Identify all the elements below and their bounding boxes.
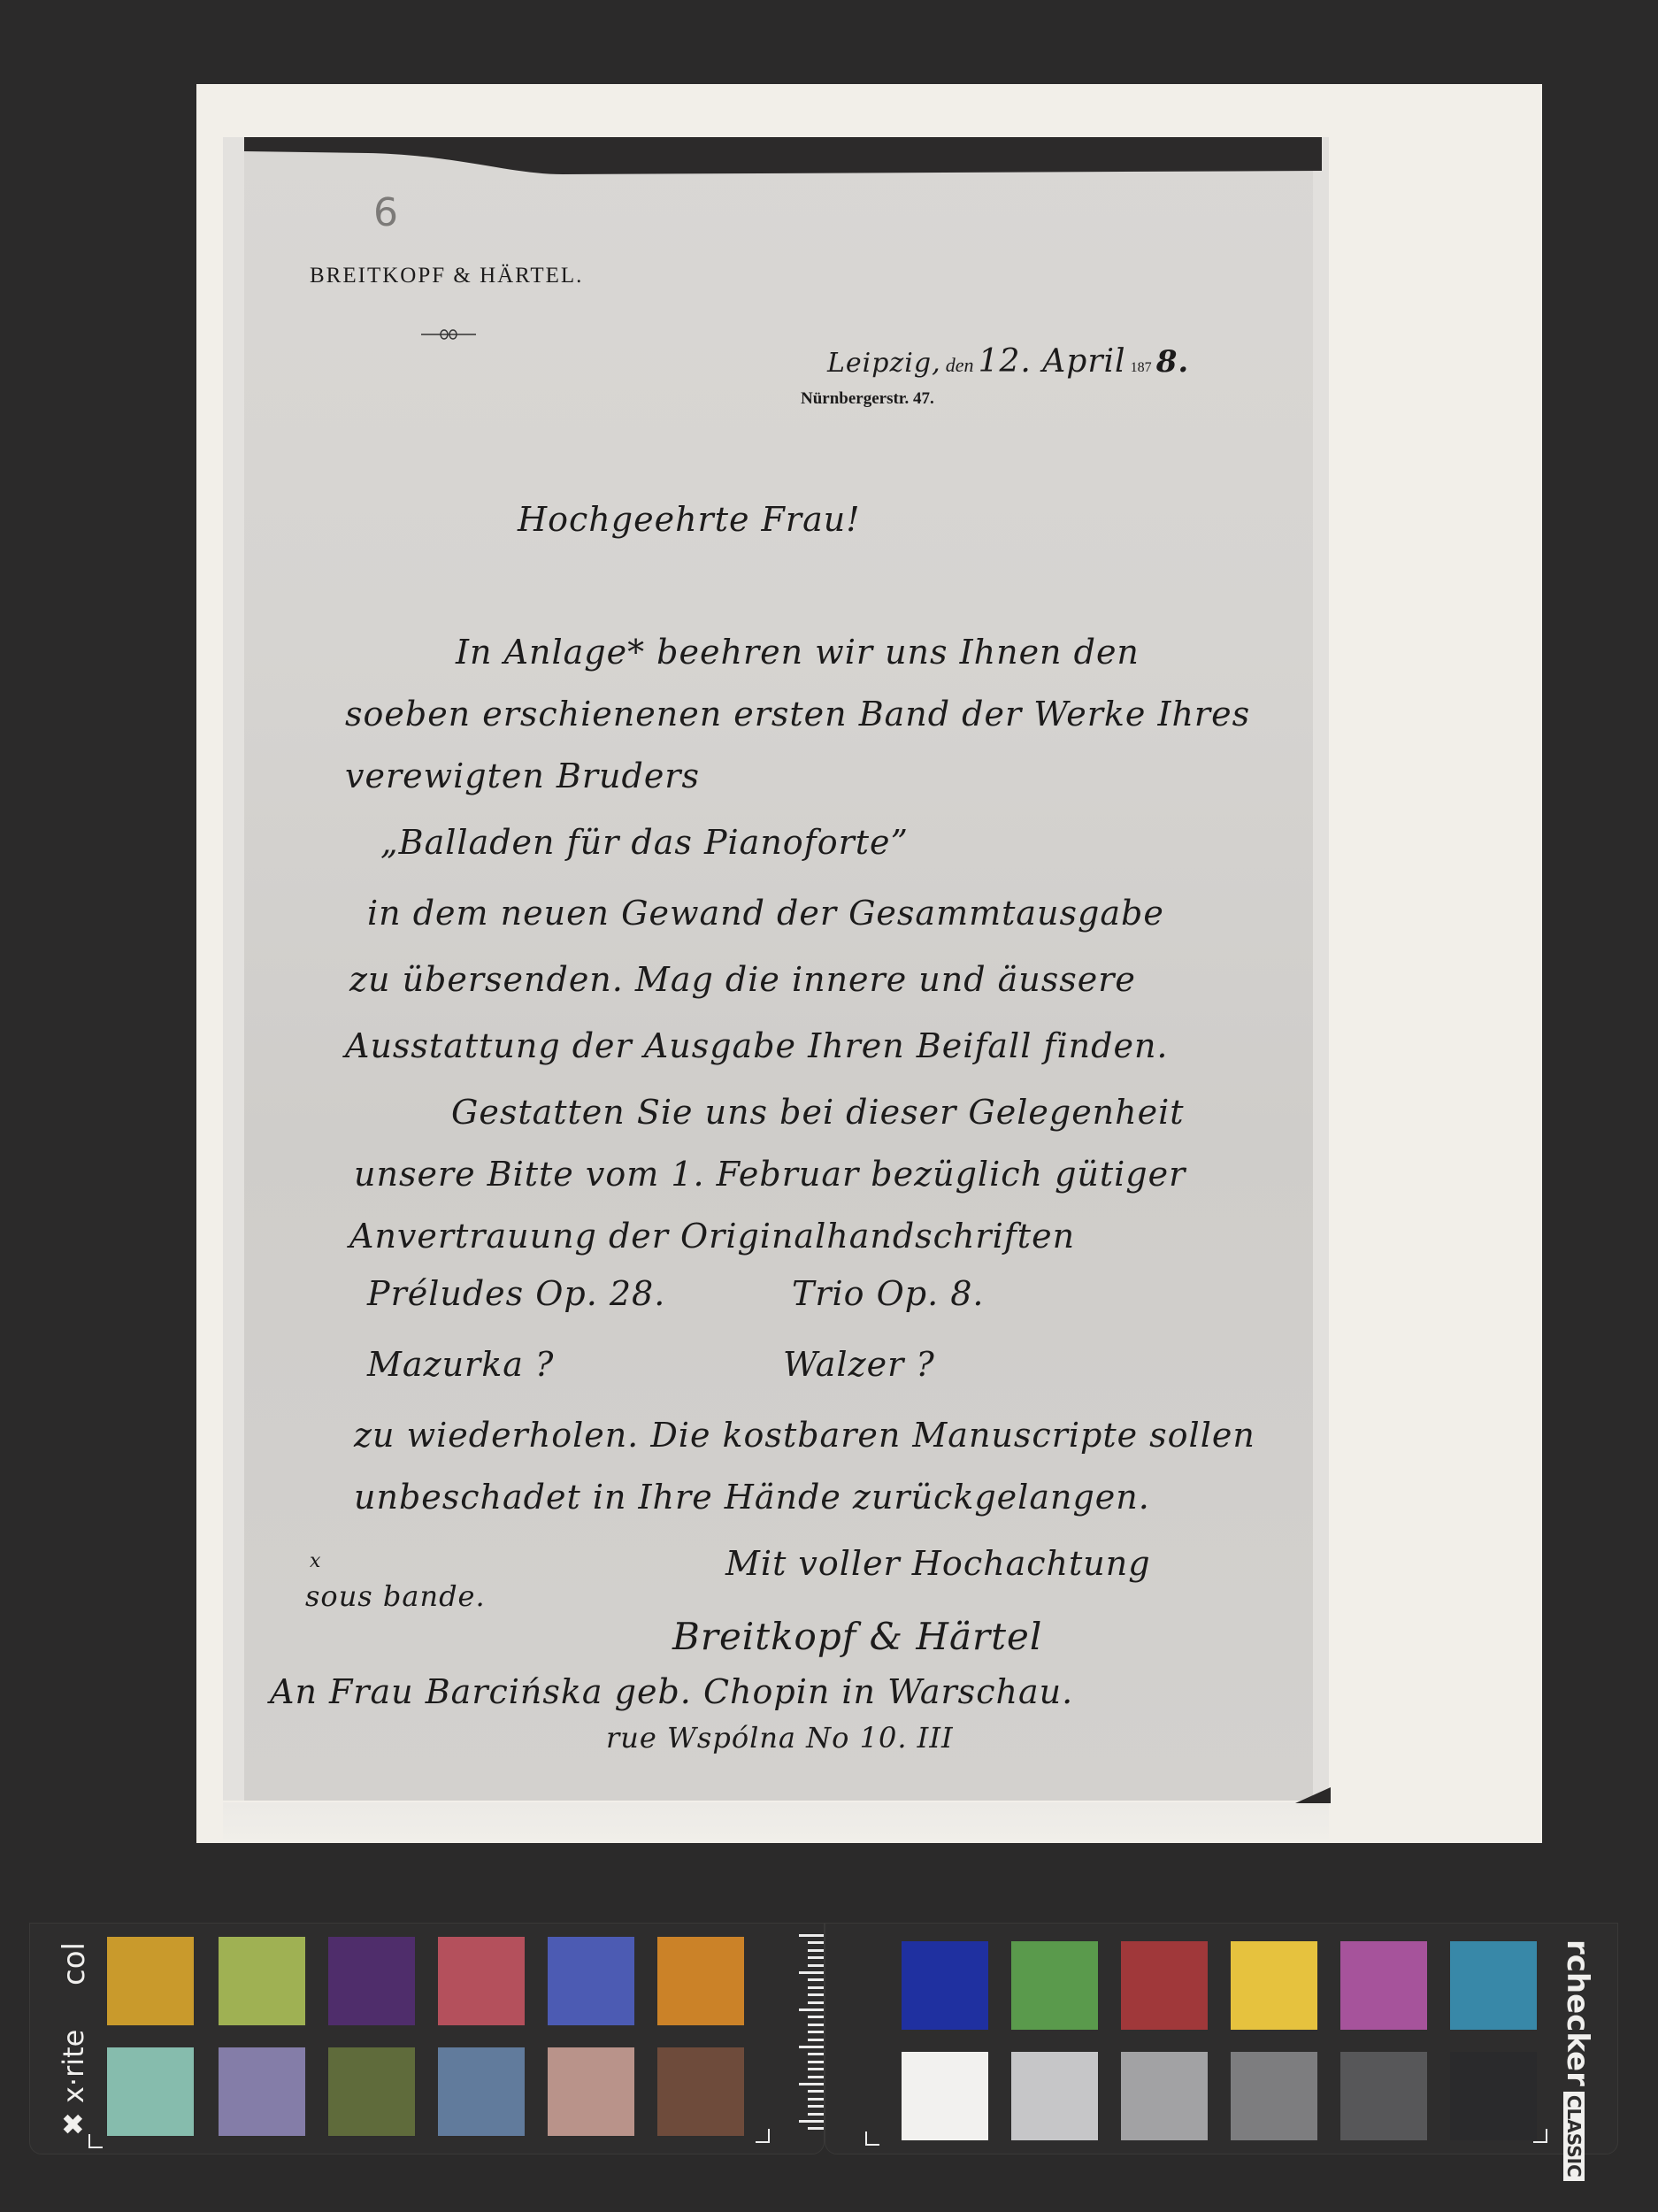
swatch xyxy=(1340,1941,1427,2030)
year-suffix: 8. xyxy=(1156,344,1190,380)
closing: Mit voller Hochachtung xyxy=(725,1544,1151,1583)
paper-edge-left xyxy=(223,137,244,1801)
xrite-icon: ✖ xyxy=(57,2112,90,2136)
ruler-tick xyxy=(799,2008,824,2011)
corner-mark xyxy=(865,2131,879,2146)
archive-number: 6 xyxy=(373,190,398,235)
addressee: An Frau Barcińska geb. Chopin in Warscha… xyxy=(270,1672,1073,1711)
folded-top-shadow xyxy=(244,137,1322,190)
brand-col-label: col xyxy=(57,1942,92,1985)
swatch xyxy=(1231,1941,1317,2030)
paper-edge-right xyxy=(1313,137,1329,1801)
place: Leipzig, xyxy=(827,348,941,379)
ruler-tick xyxy=(799,1934,824,1937)
swatch xyxy=(438,1937,525,2025)
swatch xyxy=(328,1937,415,2025)
body-line: „Balladen für das Pianoforte” xyxy=(380,823,909,862)
body-line: In Anlage* beehren wir uns Ihnen den xyxy=(456,633,1140,672)
swatch xyxy=(1011,2052,1098,2140)
swatch xyxy=(657,1937,744,2025)
footnote-mark: x xyxy=(310,1550,321,1572)
ruler-tick xyxy=(808,1956,824,1959)
swatch xyxy=(902,1941,988,2030)
ruler-tick xyxy=(799,2083,824,2085)
body-line: unsere Bitte vom 1. Februar bezüglich gü… xyxy=(354,1155,1186,1194)
swatch xyxy=(1121,1941,1208,2030)
swatch xyxy=(438,2047,525,2136)
ruler-tick xyxy=(808,1993,824,1996)
ruler-tick xyxy=(808,1949,824,1952)
ruler-tick xyxy=(808,2001,824,2004)
work-trio: Trio Op. 8. xyxy=(792,1274,985,1313)
ruler-tick xyxy=(808,2039,824,2041)
ruler-tick xyxy=(808,2127,824,2130)
den-label: den xyxy=(946,354,974,376)
ruler-tick xyxy=(808,2090,824,2093)
body-line: verewigten Bruders xyxy=(345,757,700,795)
body-line: in dem neuen Gewand der Gesammtausgabe xyxy=(367,894,1164,933)
year-prefix: 187 xyxy=(1131,360,1152,375)
ruler-tick xyxy=(808,1964,824,1967)
signature: Breitkopf & Härtel xyxy=(672,1615,1042,1658)
salutation: Hochgeehrte Frau! xyxy=(518,500,860,539)
colorchecker-brand: rcheckerCLASSIC xyxy=(1560,1939,1595,2181)
ruler-tick xyxy=(808,2024,824,2026)
ruler-tick xyxy=(799,2120,824,2123)
swatch xyxy=(657,2047,744,2136)
ruler-tick xyxy=(808,2076,824,2078)
ruler-tick xyxy=(808,1941,824,1944)
corner-mark xyxy=(88,2134,103,2148)
ruler-tick xyxy=(808,2053,824,2055)
body-line: unbeschadet in Ihre Hände zurückgelangen… xyxy=(354,1478,1150,1517)
swatch xyxy=(1450,1941,1537,2030)
ruler-tick xyxy=(808,2016,824,2018)
ruler-tick xyxy=(808,2098,824,2101)
swatch xyxy=(219,2047,305,2136)
ruler-tick xyxy=(808,1986,824,1989)
color-checker-right-card: rcheckerCLASSIC xyxy=(825,1923,1618,2154)
ruler-tick xyxy=(808,2113,824,2116)
ruler-tick xyxy=(808,1978,824,1981)
body-line: zu übersenden. Mag die innere und äusser… xyxy=(349,960,1136,999)
swatch xyxy=(107,2047,194,2136)
body-line: Anvertrauung der Originalhandschriften xyxy=(349,1217,1075,1256)
work-mazurka: Mazurka ? xyxy=(367,1345,554,1384)
swatch xyxy=(1011,1941,1098,2030)
work-preludes: Préludes Op. 28. xyxy=(367,1274,665,1313)
swatch xyxy=(1121,2052,1208,2140)
letterhead: BREITKOPF & HÄRTEL. xyxy=(310,264,583,288)
corner-mark xyxy=(1533,2129,1547,2143)
classic-badge: CLASSIC xyxy=(1563,2092,1585,2181)
body-line: zu wiederholen. Die kostbaren Manuscript… xyxy=(354,1416,1255,1455)
place-date-line: Leipzig, den 12. April 187 8. xyxy=(827,343,1189,380)
ruler-tick xyxy=(799,2046,824,2048)
color-checker-left-card: col ✖ x·rite xyxy=(29,1923,825,2154)
footnote: sous bande. xyxy=(305,1579,486,1613)
date-day-month: 12. April xyxy=(979,343,1126,380)
body-line: Ausstattung der Ausgabe Ihren Beifall fi… xyxy=(345,1026,1169,1065)
swatch xyxy=(902,2052,988,2140)
swatch xyxy=(328,2047,415,2136)
xrite-logo: ✖ x·rite xyxy=(57,2030,90,2136)
corner-mark xyxy=(756,2129,770,2143)
swatch xyxy=(1231,2052,1317,2140)
swatch xyxy=(219,1937,305,2025)
body-line: soeben erschienenen ersten Band der Werk… xyxy=(345,695,1250,733)
ruler-tick xyxy=(808,2105,824,2108)
street-address: Nürnbergerstr. 47. xyxy=(801,389,934,409)
ornament-icon xyxy=(421,329,476,340)
ruler-tick xyxy=(808,2031,824,2033)
ruler-tick xyxy=(799,1971,824,1974)
address: rue Wspólna No 10. III xyxy=(606,1721,954,1755)
ruler-tick xyxy=(808,2061,824,2063)
ruler-tick xyxy=(808,2068,824,2070)
swatch xyxy=(1450,2052,1537,2140)
paper-bottom-edge xyxy=(223,1802,1329,1839)
work-walzer: Walzer ? xyxy=(783,1345,935,1384)
body-line: Gestatten Sie uns bei dieser Gelegenheit xyxy=(451,1093,1185,1132)
swatch xyxy=(1340,2052,1427,2140)
swatch xyxy=(548,2047,634,2136)
swatch xyxy=(107,1937,194,2025)
swatch xyxy=(548,1937,634,2025)
